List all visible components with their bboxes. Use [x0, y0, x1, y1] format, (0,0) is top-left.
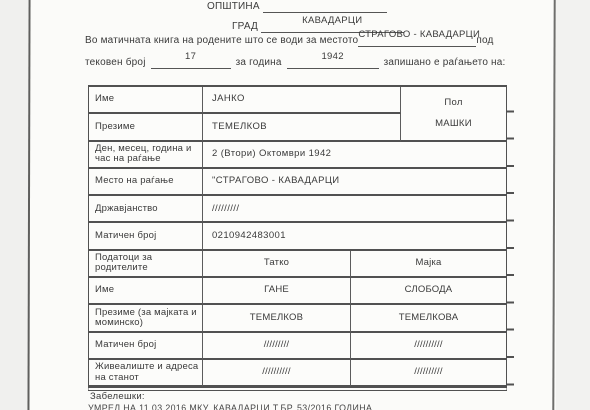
parent-row-label: Презиме (за мајката и моминско): [89, 305, 203, 332]
scan-margin-left: [0, 0, 28, 410]
table-rule-stubs: [506, 85, 514, 386]
seq-value: 17: [151, 52, 231, 62]
surname-label: Презиме: [89, 114, 203, 141]
mother-address-value: //////////: [351, 360, 506, 387]
name-value: ЈАНКО: [203, 87, 401, 114]
sex-value: МАШКИ: [435, 118, 472, 129]
municipality-label: ОПШТИНА: [207, 1, 260, 13]
intro-place-value: СТРАГОВО - КАВАДАРЦИ: [358, 30, 476, 40]
surname-value: ТЕМЕЛКОВ: [203, 114, 401, 141]
sex-label: Пол: [444, 97, 462, 108]
birth-datetime-label: Ден, месец, година и час на раѓање: [89, 142, 203, 169]
city-value: КАВАДАРЦИ: [261, 16, 404, 26]
scan-edge-line-left: [27, 0, 30, 410]
personal-id-value: 0210942483001: [203, 223, 506, 250]
mother-surname-value: ТЕМЕЛКОВА: [351, 305, 506, 332]
remarks-label: Забелешки:: [90, 391, 145, 402]
year-underline: 1942: [287, 53, 379, 69]
register-table: Име ЈАНКО Пол МАШКИ Презиме ТЕМЕЛКОВ Ден…: [88, 85, 507, 391]
citizenship-value: /////////: [203, 196, 506, 223]
scan-margin-right: [556, 0, 590, 410]
mother-header: Мајка: [351, 251, 506, 278]
birthplace-value: "СТРАГОВО - КАВАДАРЦИ: [203, 169, 506, 196]
municipality-blank-underline: [263, 1, 387, 13]
father-header: Татко: [203, 251, 351, 278]
intro-text: Во матичната книга на родените што се во…: [85, 35, 358, 47]
sex-cell: Пол МАШКИ: [401, 87, 506, 142]
father-address-value: //////////: [203, 360, 351, 387]
year-label: за година: [236, 57, 282, 69]
intro-place-underline: СТРАГОВО - КАВАДАРЦИ: [358, 31, 476, 47]
seq-underline: 17: [151, 53, 231, 69]
scan-edge-line-right: [552, 0, 555, 410]
birth-datetime-value: 2 (Втори) Октомври 1942: [203, 142, 506, 169]
municipality-line: ОПШТИНА: [207, 1, 387, 13]
mother-name-value: СЛОБОДА: [351, 278, 506, 305]
father-name-value: ГАНЕ: [203, 278, 351, 305]
father-id-value: /////////: [203, 333, 351, 360]
parent-row-label: Матичен број: [89, 333, 203, 360]
citizenship-label: Државјанство: [89, 196, 203, 223]
scanned-page: ОПШТИНА ГРАД КАВАДАРЦИ Во матичната книг…: [0, 0, 590, 410]
child-name-section: Име ЈАНКО Пол МАШКИ Презиме ТЕМЕЛКОВ: [89, 87, 506, 142]
intro-line: Во матичната книга на родените што се во…: [85, 31, 494, 47]
child-details-section: Ден, месец, година и час на раѓање 2 (Вт…: [89, 142, 506, 251]
birthplace-label: Место на раѓање: [89, 169, 203, 196]
parents-section: Податоци за родителите Татко Мајка Име Г…: [89, 251, 506, 387]
registered-text: запишано е раѓањето на:: [384, 57, 506, 69]
sequence-line: тековен број 17 за година 1942 запишано …: [85, 53, 511, 69]
name-label: Име: [89, 87, 203, 114]
personal-id-label: Матичен број: [89, 223, 203, 250]
year-value: 1942: [287, 52, 379, 62]
parent-row-label: Живеалиште и адреса на станот: [89, 360, 203, 387]
mother-id-value: //////////: [351, 333, 506, 360]
parents-section-label: Податоци за родителите: [89, 251, 203, 278]
father-surname-value: ТЕМЕЛКОВ: [203, 305, 351, 332]
seq-label: тековен број: [85, 57, 146, 69]
parent-row-label: Име: [89, 278, 203, 305]
remarks-line: УМРЕЛ НА 11.03.2016 МКУ. КАВАДАРЦИ Т.БР.…: [88, 403, 372, 410]
